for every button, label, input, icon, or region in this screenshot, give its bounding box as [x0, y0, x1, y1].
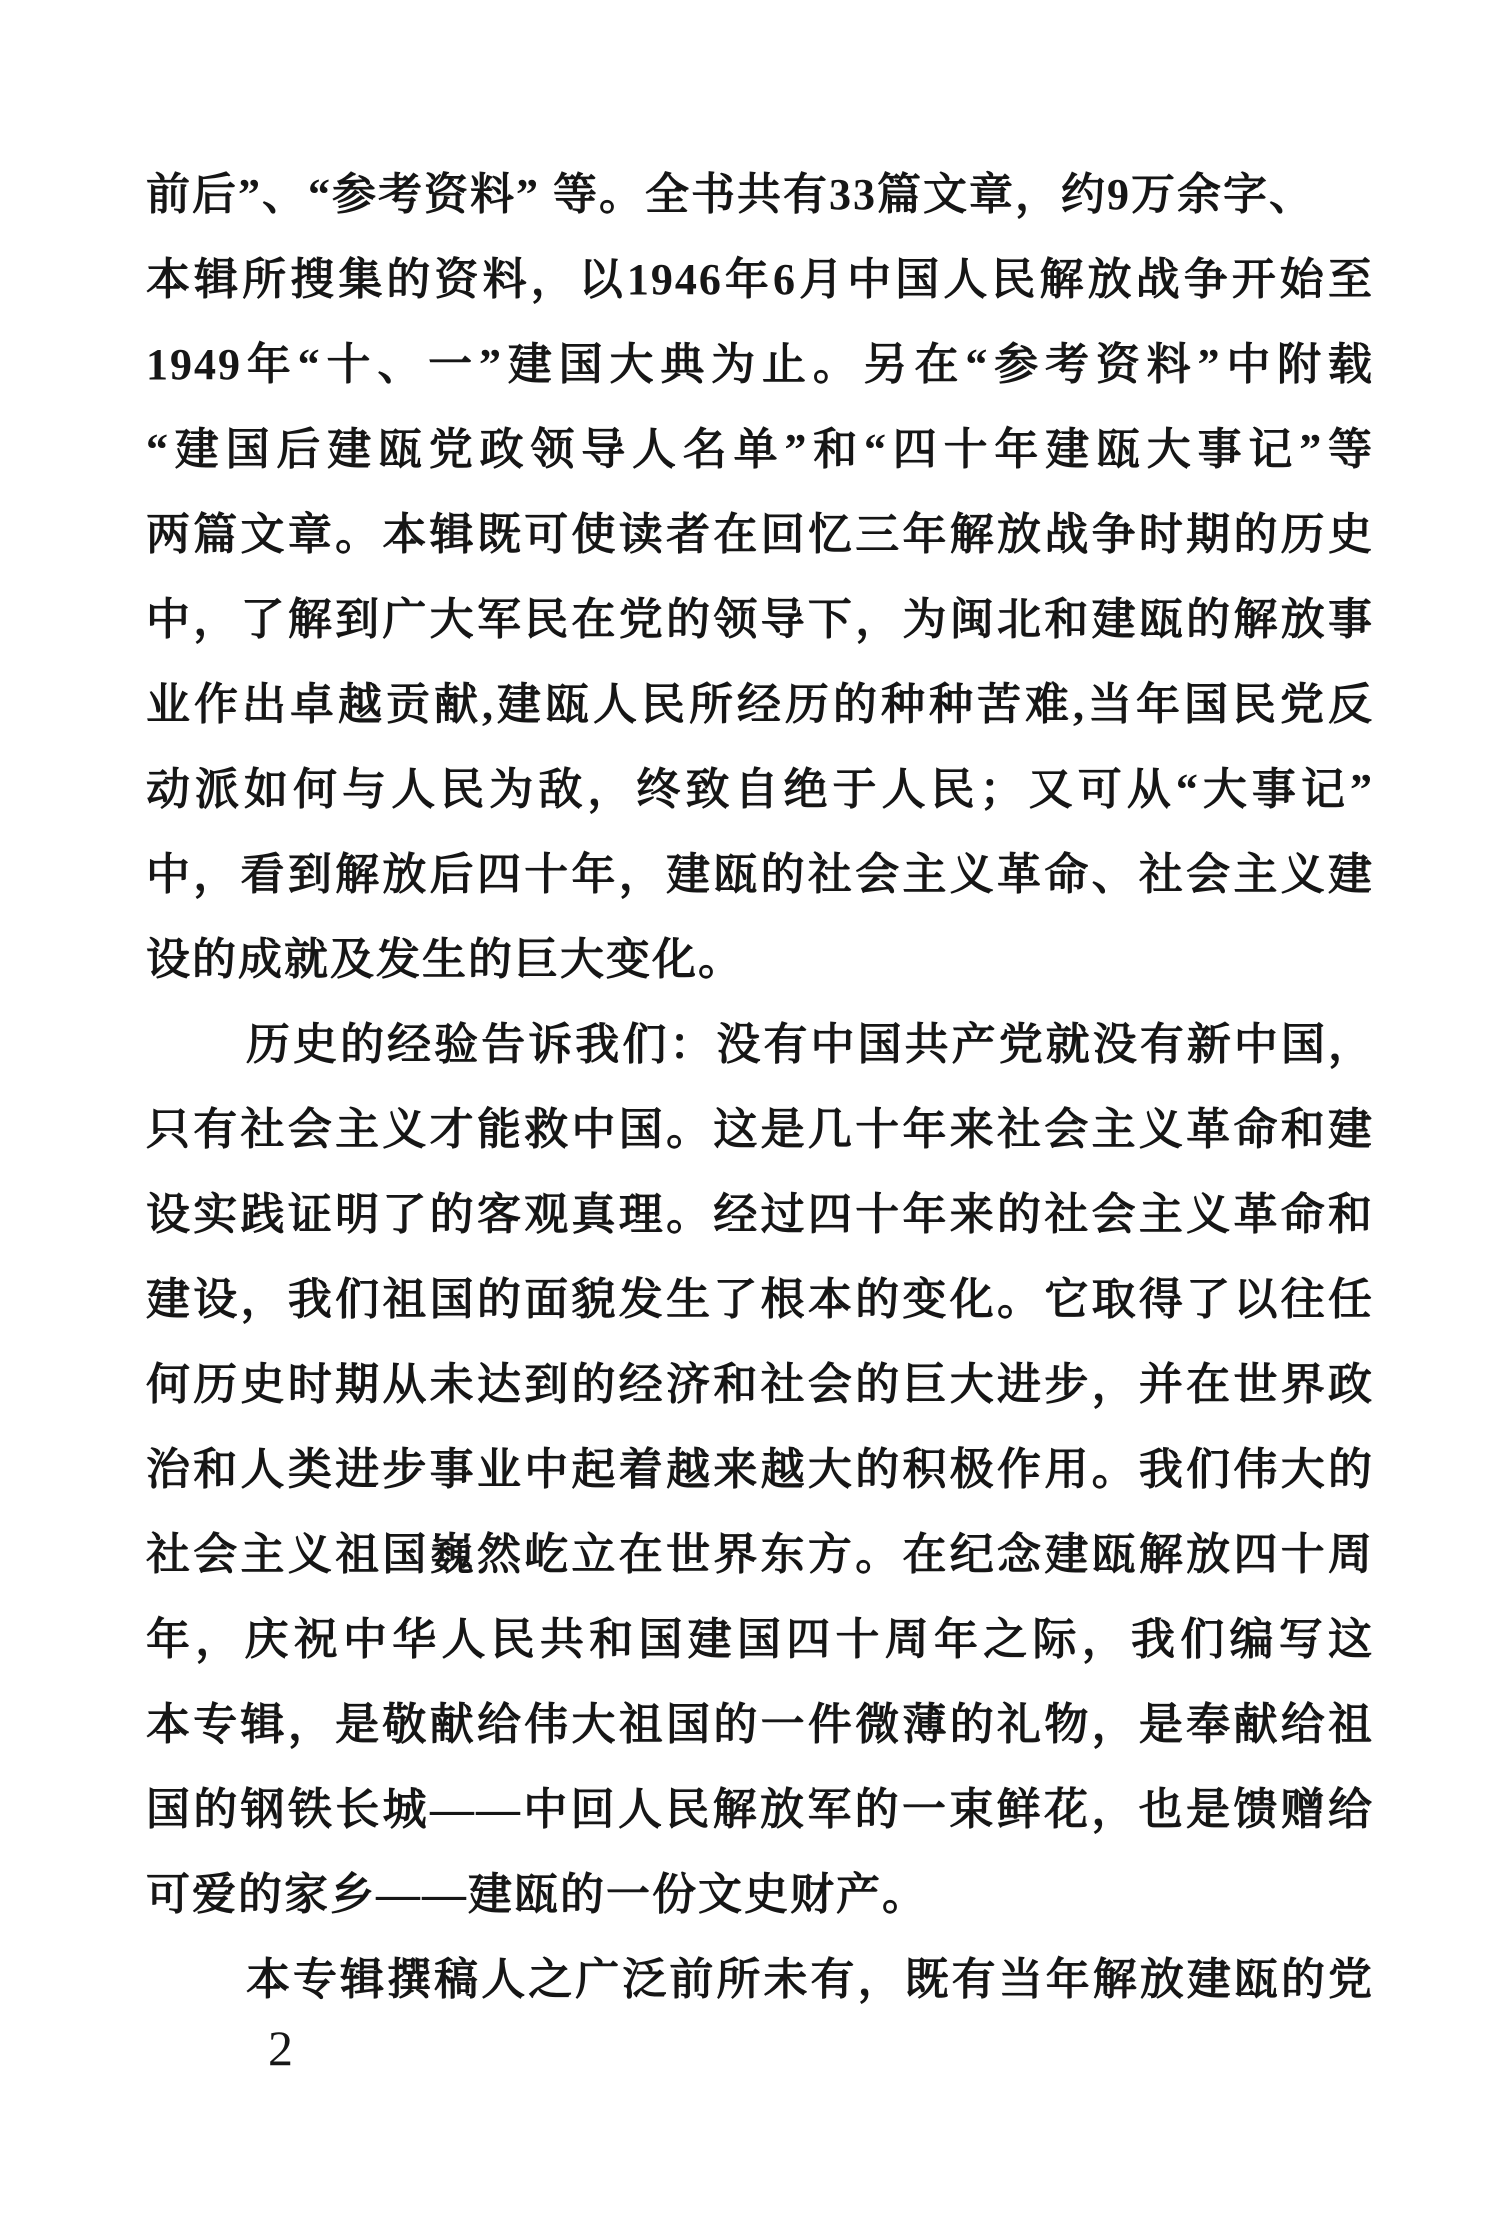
- text-line-18: 年，庆祝中华人民共和国建国四十周年之际，我们编写这: [146, 1597, 1374, 1682]
- text-line-2: 本辑所搜集的资料，以1946年6月中国人民解放战争开始至: [146, 237, 1374, 322]
- text-line-4: “建国后建瓯党政领导人名单”和“四十年建瓯大事记”等: [146, 407, 1374, 492]
- text-line-20: 国的钢铁长城——中回人民解放军的一束鲜花，也是馈赠给: [146, 1767, 1374, 1852]
- text-line-12: 只有社会主义才能救中国。这是几十年来社会主义革命和建: [146, 1087, 1374, 1172]
- text-line-14: 建设，我们祖国的面貌发生了根本的变化。它取得了以往任: [146, 1257, 1374, 1342]
- text-line-9: 中，看到解放后四十年，建瓯的社会主义革命、社会主义建: [146, 832, 1374, 917]
- text-line-11: 历史的经验告诉我们：没有中国共产党就没有新中国，: [146, 1002, 1374, 1087]
- text-line-22: 本专辑撰稿人之广泛前所未有，既有当年解放建瓯的党: [146, 1937, 1374, 2022]
- text-line-15: 何历史时期从未达到的经济和社会的巨大进步，并在世界政: [146, 1342, 1374, 1427]
- text-line-17: 社会主义祖国巍然屹立在世界东方。在纪念建瓯解放四十周: [146, 1512, 1374, 1597]
- text-line-7: 业作出卓越贡献,建瓯人民所经历的种种苦难,当年国民党反: [146, 662, 1374, 747]
- text-line-21: 可爱的家乡——建瓯的一份文史财产。: [146, 1852, 1374, 1937]
- text-line-13: 设实践证明了的客观真理。经过四十年来的社会主义革命和: [146, 1172, 1374, 1257]
- text-line-1: 前后”、“参考资料” 等。全书共有33篇文章，约9万余字、: [146, 152, 1374, 237]
- text-line-16: 治和人类进步事业中起着越来越大的积极作用。我们伟大的: [146, 1427, 1374, 1512]
- text-line-5: 两篇文章。本辑既可使读者在回忆三年解放战争时期的历史: [146, 492, 1374, 577]
- document-page: 前后”、“参考资料” 等。全书共有33篇文章，约9万余字、本辑所搜集的资料，以1…: [0, 0, 1509, 2234]
- page-number: 2: [268, 2018, 293, 2078]
- text-line-10: 设的成就及发生的巨大变化。: [146, 917, 1374, 1002]
- text-line-8: 动派如何与人民为敌，终致自绝于人民；又可从“大事记”: [146, 747, 1374, 832]
- text-line-3: 1949年“十、一”建国大典为止。另在“参考资料”中附载: [146, 322, 1374, 407]
- body-text: 前后”、“参考资料” 等。全书共有33篇文章，约9万余字、本辑所搜集的资料，以1…: [146, 152, 1374, 2022]
- text-line-6: 中，了解到广大军民在党的领导下，为闽北和建瓯的解放事: [146, 577, 1374, 662]
- text-line-19: 本专辑，是敬献给伟大祖国的一件微薄的礼物，是奉献给祖: [146, 1682, 1374, 1767]
